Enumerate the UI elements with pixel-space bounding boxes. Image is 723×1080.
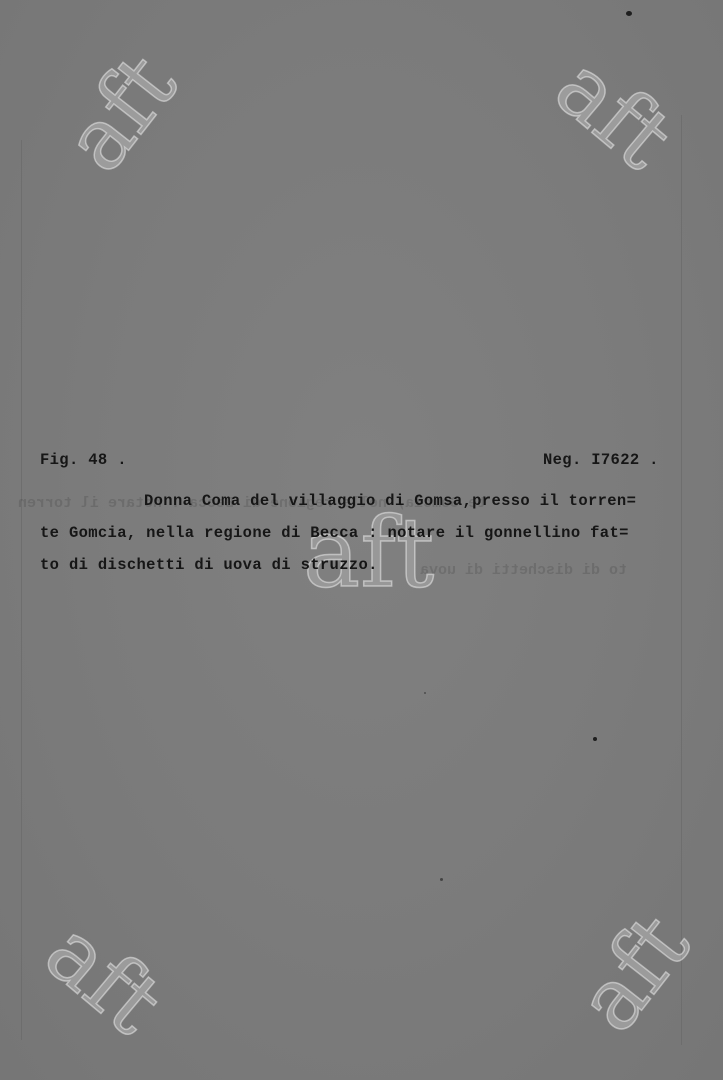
caption-line-2: te Gomcia, nella regione di Becca : nota… xyxy=(40,526,629,542)
ink-speck xyxy=(440,878,443,881)
negative-number: Neg. I7622 . xyxy=(543,453,659,469)
page-edge-line-left xyxy=(21,140,22,1040)
ink-speck xyxy=(626,11,632,16)
figure-label: Fig. 48 . xyxy=(40,453,127,469)
scanned-page: te Gomcia, nella regione di Becca : nota… xyxy=(0,0,723,1080)
caption-line-3: to di dischetti di uova di struzzo. xyxy=(40,558,378,574)
ink-speck xyxy=(424,692,426,694)
watermark-top-right: aft xyxy=(541,42,686,184)
bleed-through-text: to di dischetti di uova xyxy=(420,563,627,578)
watermark-top-left: aft xyxy=(51,40,191,186)
watermark-center: aft xyxy=(303,505,434,601)
page-edge-line-right xyxy=(681,115,682,1045)
caption-line-1: Donna Coma del villaggio di Gomsa,presso… xyxy=(144,494,636,510)
watermark-bottom-right: aft xyxy=(564,900,704,1046)
ink-speck xyxy=(593,737,597,741)
watermark-bottom-left: aft xyxy=(31,907,176,1049)
